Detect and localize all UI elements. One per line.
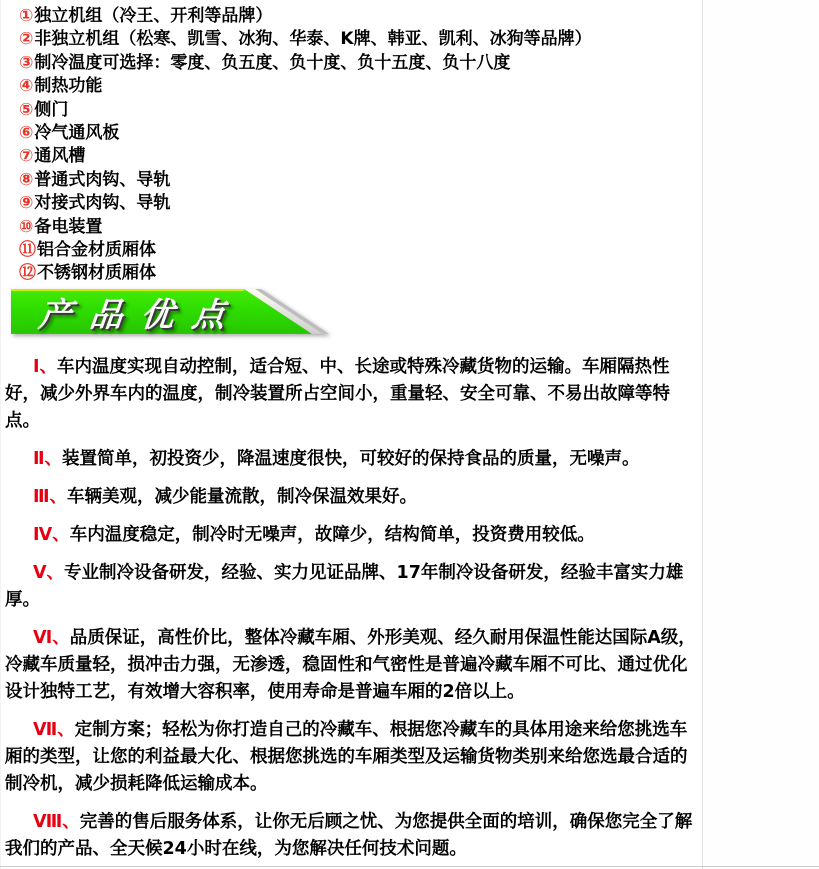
feature-list: ①独立机组（冷王、开利等品牌） ②非独立机组（松寒、凯雪、冰狗、华泰、K牌、韩亚… — [1, 0, 702, 286]
feature-list-item: ⑪铝合金材质厢体 — [19, 239, 702, 262]
advantage-paragraph: Ⅱ、装置简单，初投资少，降温速度很快，可较好的保持食品的质量，无噪声。 — [5, 446, 696, 473]
advantage-text: 定制方案；轻松为你打造自己的冷藏车、根据您冷藏车的具体用途来给您挑选车厢的类型，… — [5, 720, 688, 794]
feature-number-badge: ⑦ — [19, 146, 33, 166]
feature-text: 不锈钢材质厢体 — [37, 263, 156, 283]
feature-list-item: ⑥冷气通风板 — [19, 122, 702, 145]
advantage-text: 车辆美观，减少能量流散，制冷保温效果好。 — [67, 487, 417, 507]
advantage-paragraph: Ⅷ、完善的售后服务体系，让你无后顾之忧、为您提供全面的培训，确保您完全了解我们的… — [5, 809, 696, 863]
product-description-content: ①独立机组（冷王、开利等品牌） ②非独立机组（松寒、凯雪、冰狗、华泰、K牌、韩亚… — [0, 0, 703, 869]
feature-number-badge: ⑫ — [19, 263, 36, 283]
advantage-paragraph: Ⅳ、车内温度稳定，制冷时无噪声，故障少，结构简单，投资费用较低。 — [5, 522, 696, 549]
advantage-paragraph: Ⅴ、专业制冷设备研发，经验、实力见证品牌、17年制冷设备研发，经验丰富实力雄厚。 — [5, 560, 696, 614]
feature-text: 备电装置 — [34, 217, 102, 237]
feature-list-item: ⑨对接式肉钩、导轨 — [19, 192, 702, 215]
feature-text: 冷气通风板 — [34, 123, 119, 143]
feature-list-item: ⑦通风槽 — [19, 145, 702, 168]
feature-list-item: ②非独立机组（松寒、凯雪、冰狗、华泰、K牌、韩亚、凯利、冰狗等品牌） — [19, 28, 702, 51]
advantage-numeral: Ⅱ、 — [33, 449, 62, 469]
advantage-numeral: Ⅶ、 — [33, 720, 75, 740]
feature-list-item: ①独立机组（冷王、开利等品牌） — [19, 5, 702, 28]
section-bottom-divider — [0, 866, 819, 867]
feature-number-badge: ⑪ — [19, 240, 36, 260]
feature-list-item: ⑧普通式肉钩、导轨 — [19, 169, 702, 192]
feature-text: 铝合金材质厢体 — [37, 240, 156, 260]
advantage-numeral: Ⅰ、 — [33, 357, 57, 377]
advantage-paragraph: Ⅵ、品质保证，高性价比，整体冷藏车厢、外形美观、经久耐用保温性能达国际A级，冷藏… — [5, 625, 696, 706]
feature-number-badge: ③ — [19, 53, 33, 73]
advantage-text: 车内温度实现自动控制，适合短、中、长途或特殊冷藏货物的运输。车厢隔热性好，减少外… — [5, 357, 670, 431]
feature-number-badge: ① — [19, 6, 33, 26]
feature-list-item: ⑤侧门 — [19, 99, 702, 122]
feature-number-badge: ⑥ — [19, 123, 33, 143]
advantage-paragraph: Ⅲ、车辆美观，减少能量流散，制冷保温效果好。 — [5, 484, 696, 511]
advantage-numeral: Ⅵ、 — [33, 628, 70, 648]
advantage-text: 车内温度稳定，制冷时无噪声，故障少，结构简单，投资费用较低。 — [70, 525, 595, 545]
feature-number-badge: ⑧ — [19, 170, 33, 190]
feature-number-badge: ⑩ — [19, 217, 33, 237]
feature-number-badge: ⑤ — [19, 100, 33, 120]
advantage-numeral: Ⅷ、 — [33, 812, 80, 832]
advantage-text: 专业制冷设备研发，经验、实力见证品牌、17年制冷设备研发，经验丰富实力雄厚。 — [5, 563, 683, 610]
advantage-numeral: Ⅴ、 — [33, 563, 64, 583]
advantage-paragraph: Ⅶ、定制方案；轻松为你打造自己的冷藏车、根据您冷藏车的具体用途来给您挑选车厢的类… — [5, 717, 696, 798]
feature-list-item: ⑫不锈钢材质厢体 — [19, 262, 702, 285]
feature-text: 非独立机组（松寒、凯雪、冰狗、华泰、K牌、韩亚、凯利、冰狗等品牌） — [34, 29, 591, 49]
feature-text: 制冷温度可选择：零度、负五度、负十度、负十五度、负十八度 — [34, 53, 510, 73]
feature-number-badge: ⑨ — [19, 193, 33, 213]
advantage-text: 品质保证，高性价比，整体冷藏车厢、外形美观、经久耐用保温性能达国际A级，冷藏车质… — [5, 628, 696, 702]
banner-title: 产品优点 — [37, 289, 246, 336]
feature-list-item: ④制热功能 — [19, 75, 702, 98]
feature-text: 普通式肉钩、导轨 — [34, 170, 170, 190]
advantage-paragraph: Ⅰ、车内温度实现自动控制，适合短、中、长途或特殊冷藏货物的运输。车厢隔热性好，减… — [5, 354, 696, 435]
feature-list-item: ③制冷温度可选择：零度、负五度、负十度、负十五度、负十八度 — [19, 52, 702, 75]
feature-text: 独立机组（冷王、开利等品牌） — [34, 6, 272, 26]
product-advantages-banner: 产品优点 — [11, 289, 335, 334]
feature-number-badge: ④ — [19, 76, 33, 96]
feature-text: 制热功能 — [34, 76, 102, 96]
advantage-text: 完善的售后服务体系，让你无后顾之忧、为您提供全面的培训，确保您完全了解我们的产品… — [5, 812, 692, 859]
feature-list-item: ⑩备电装置 — [19, 216, 702, 239]
feature-text: 侧门 — [34, 100, 68, 120]
feature-text: 对接式肉钩、导轨 — [34, 193, 170, 213]
advantage-text: 装置简单，初投资少，降温速度很快，可较好的保持食品的质量，无噪声。 — [62, 449, 640, 469]
advantages-section: Ⅰ、车内温度实现自动控制，适合短、中、长途或特殊冷藏货物的运输。车厢隔热性好，减… — [1, 354, 702, 863]
feature-text: 通风槽 — [34, 146, 85, 166]
page-right-margin — [703, 0, 819, 869]
advantage-numeral: Ⅳ、 — [33, 525, 70, 545]
advantage-numeral: Ⅲ、 — [33, 487, 67, 507]
feature-number-badge: ② — [19, 29, 33, 49]
